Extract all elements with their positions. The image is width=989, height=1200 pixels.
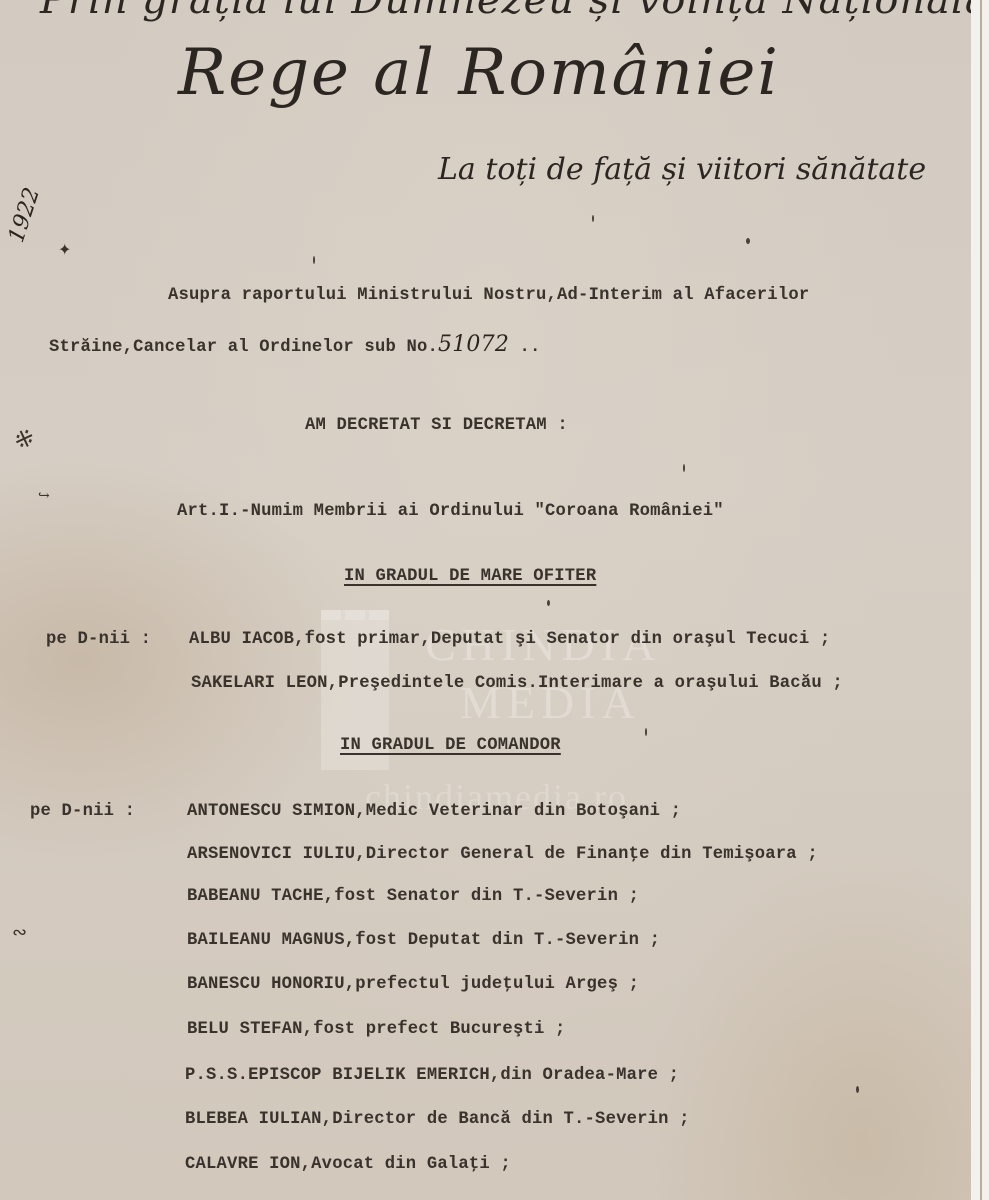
king-title: Rege al României xyxy=(178,36,780,110)
section1-prefix: pe D-nii : xyxy=(46,630,151,649)
member-entry: ARSENOVICI IULIU,Director General de Fin… xyxy=(187,845,818,864)
member-entry: BLEBEA IULIAN,Director de Bancă din T.-S… xyxy=(185,1110,690,1129)
decree-heading: AM DECRETAT SI DECRETAM : xyxy=(305,416,568,435)
paper-speck xyxy=(645,728,647,736)
greeting-line: La toți de față și viitori sănătate xyxy=(438,152,926,187)
preamble-line2-suffix: .. xyxy=(509,338,541,357)
preamble-line2-prefix: Străine,Cancelar al Ordinelor sub No. xyxy=(49,338,438,357)
section2-prefix: pe D-nii : xyxy=(30,802,135,821)
header-top-line: Prin grația lui Dumnezeu și voința Națio… xyxy=(40,0,982,22)
member-entry: BANESCU HONORIU,prefectul judeţului Arge… xyxy=(187,975,639,994)
preamble-line2: Străine,Cancelar al Ordinelor sub No.510… xyxy=(49,332,541,357)
member-entry: BAILEANU MAGNUS,fost Deputat din T.-Seve… xyxy=(187,931,660,950)
margin-scribble-icon: ※ xyxy=(10,422,38,455)
ordinance-number: 51072 xyxy=(438,332,509,357)
member-entry: ALBU IACOB,fost primar,Deputat şi Senato… xyxy=(189,630,830,649)
margin-year-annotation: 1922 xyxy=(4,185,45,246)
margin-stain-icon: ∾ xyxy=(12,922,27,943)
margin-tick-icon: ↪ xyxy=(38,488,50,504)
member-entry: SAKELARI LEON,Preşedintele Comis.Interim… xyxy=(191,674,843,693)
member-entry: ANTONESCU SIMION,Medic Veterinar din Bot… xyxy=(187,802,681,821)
grade-heading-comandor: IN GRADUL DE COMANDOR xyxy=(340,736,561,755)
article-text: Art.I.-Numim Membrii ai Ordinului "Coroa… xyxy=(177,502,724,521)
paper-speck xyxy=(683,464,685,472)
paper-speck xyxy=(746,238,750,244)
preamble-line1: Asupra raportului Ministrului Nostru,Ad-… xyxy=(168,286,809,305)
paper-speck xyxy=(592,215,594,222)
member-entry: P.S.S.EPISCOP BIJELIK EMERICH,din Oradea… xyxy=(185,1066,679,1085)
margin-mark-icon: ✦ xyxy=(58,240,71,259)
page-edge xyxy=(971,0,980,1200)
paper-speck xyxy=(856,1086,859,1093)
member-entry: BELU STEFAN,fost prefect Bucureşti ; xyxy=(187,1020,566,1039)
paper-speck xyxy=(313,256,315,264)
member-entry: BABEANU TACHE,fost Senator din T.-Severi… xyxy=(187,887,639,906)
paper-speck xyxy=(547,600,550,606)
document-page: Prin grația lui Dumnezeu și voința Națio… xyxy=(0,0,982,1200)
member-entry: CALAVRE ION,Avocat din Galaţi ; xyxy=(185,1155,511,1174)
grade-heading-mare-ofiter: IN GRADUL DE MARE OFITER xyxy=(344,567,596,586)
